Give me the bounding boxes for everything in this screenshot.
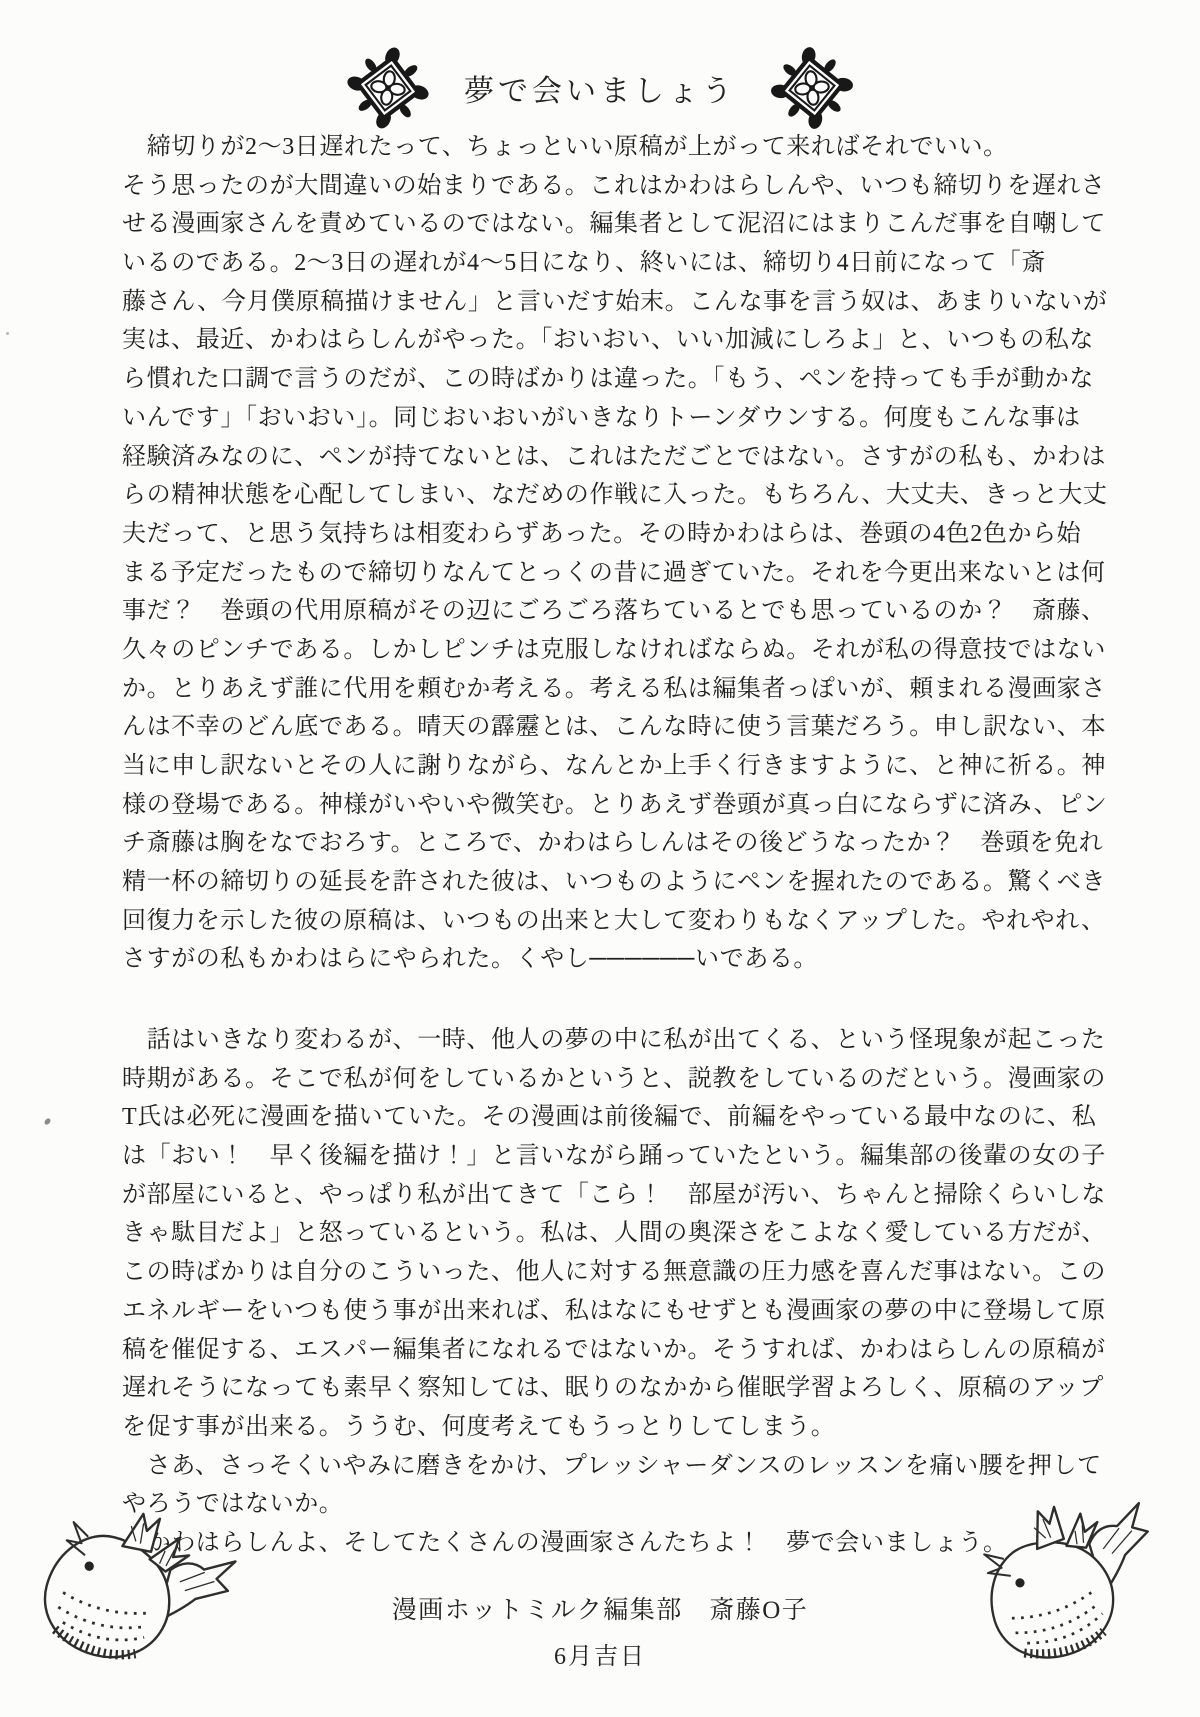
paragraph-1: 締切りが2〜3日遅れたって、ちょっといい原稿が上がって来ればそれでいい。そう思っ…: [122, 128, 1112, 979]
text-line: 当に申し訳ないとその人に謝りながら、なんとか上手く行きますように、と神に祈る。神: [122, 747, 1112, 786]
text-line: この時ばかりは自分のこういった、他人に対する無意識の圧力感を喜んだ事はない。この: [122, 1253, 1112, 1292]
text-line: 久々のピンチである。しかしピンチは克服しなければならぬ。それが私の得意技ではない: [122, 631, 1112, 670]
text-line: ら慣れた口調で言うのだが、この時ばかりは違った。「もう、ペンを持っても手が動かな: [122, 360, 1112, 399]
text-line: は「おい！ 早く後編を描け！」と言いながら踊っていたという。編集部の後輩の女の子: [122, 1137, 1112, 1176]
text-line: チ斎藤は胸をなでおろす。ところで、かわはらしんはその後どうなったか？ 巻頭を免れ: [122, 824, 1112, 863]
text-line: いるのである。2〜3日の遅れが4〜5日になり、終いには、締切り4日前になって「斎: [122, 244, 1112, 283]
text-line: が部屋にいると、やっぱり私が出てきて「こら！ 部屋が汚い、ちゃんと掃除くらいしな: [122, 1176, 1112, 1215]
text-line: さあ、さっそくいやみに磨きをかけ、プレッシャーダンスのレッスンを痛い腰を押して: [122, 1447, 1112, 1486]
text-line: んは不幸のどん底である。晴天の霹靂とは、こんな時に使う言葉だろう。申し訳ない、本: [122, 708, 1112, 747]
text-line: 話はいきなり変わるが、一時、他人の夢の中に私が出てくる、という怪現象が起こった: [122, 1021, 1112, 1060]
scan-speck: [6, 332, 9, 335]
text-line: 藤さん、今月僕原稿描けません」と言いだす始末。こんな事を言う奴は、あまりいないが: [122, 283, 1112, 322]
text-line: そう思ったのが大間違いの始まりである。これはかわはらしんや、いつも締切りを遅れさ: [122, 167, 1112, 206]
text-line: 稿を催促する、エスパー編集者になれるではないか。そうすれば、かわはらしんの原稿が: [122, 1331, 1112, 1370]
text-line: を促す事が出来る。ううむ、何度考えてもうっとりしてしまう。: [122, 1408, 1112, 1447]
text-line: 様の登場である。神様がいやいや微笑む。とりあえず巻頭が真っ白にならずに済み、ピン: [122, 786, 1112, 825]
text-line: 夫だって、と思う気持ちは相変わらずあった。その時かわはらは、巻頭の4色2色から始: [122, 515, 1112, 554]
fish-illustration-icon: [20, 1500, 253, 1683]
diamond-flower-ornament-icon: [770, 46, 854, 130]
text-line: 事だ？ 巻頭の代用原稿がその辺にごろごろ落ちているとでも思っているのか？ 斎藤、: [122, 592, 1112, 631]
diamond-flower-ornament-icon: [346, 46, 430, 130]
text-line: エネルギーをいつも使う事が出来れば、私はなにもせずとも漫画家の夢の中に登場して原: [122, 1292, 1112, 1331]
text-line: 回復力を示した彼の原稿は、いつもの出来と大して変わりもなくアップした。やれやれ、: [122, 902, 1112, 941]
text-line: か。とりあえず誰に代用を頼むか考える。考える私は編集者っぽいが、頼まれる漫画家さ: [122, 670, 1112, 709]
text-line: 精一杯の締切りの延長を許された彼は、いつものようにペンを握れたのである。驚くべき: [122, 863, 1112, 902]
text-line: 締切りが2〜3日遅れたって、ちょっといい原稿が上がって来ればそれでいい。: [122, 128, 1112, 167]
text-line: やろうではないか。: [122, 1485, 1112, 1524]
scan-speck: [43, 1117, 51, 1126]
paragraph-2: 話はいきなり変わるが、一時、他人の夢の中に私が出てくる、という怪現象が起こった時…: [122, 1021, 1112, 1563]
text-line: 遅れそうになっても素早く察知しては、眠りのなかから催眠学習よろしく、原稿のアップ: [122, 1369, 1112, 1408]
text-line: らの精神状態を心配してしまい、なだめの作戦に入った。もちろん、大丈夫、きっと大丈: [122, 476, 1112, 515]
page-title: 夢で会いましょう: [464, 66, 736, 110]
text-line: さすがの私もかわはらにやられた。くやし──────いである。: [122, 940, 1112, 979]
title-row: 夢で会いましょう: [0, 42, 1200, 134]
text-line: 経験済みなのに、ペンが持てないとは、これはただごとではない。さすがの私も、かわは: [122, 438, 1112, 477]
text-line: きゃ駄目だよ」と怒っているという。私は、人間の奥深さをこよなく愛している方だが、: [122, 1214, 1112, 1253]
text-line: せる漫画家さんを責めているのではない。編集者として泥沼にはまりこんだ事を自嘲して: [122, 205, 1112, 244]
text-line: いんです」「おいおい」。同じおいおいがいきなりトーンダウンする。何度もこんな事は: [122, 399, 1112, 438]
text-line: 時期がある。そこで私が何をしているかというと、説教をしているのだという。漫画家の: [122, 1060, 1112, 1099]
text-line: 実は、最近、かわはらしんがやった。「おいおい、いい加減にしろよ」と、いつもの私な: [122, 321, 1112, 360]
scanned-editorial-page: 夢で会いましょう: [0, 0, 1200, 1717]
text-line: まる予定だったもので締切りなんてとっくの昔に過ぎていた。それを今更出来ないとは何: [122, 554, 1112, 593]
text-line: T氏は必死に漫画を描いていた。その漫画は前後編で、前編をやっている最中なのに、私: [122, 1098, 1112, 1137]
